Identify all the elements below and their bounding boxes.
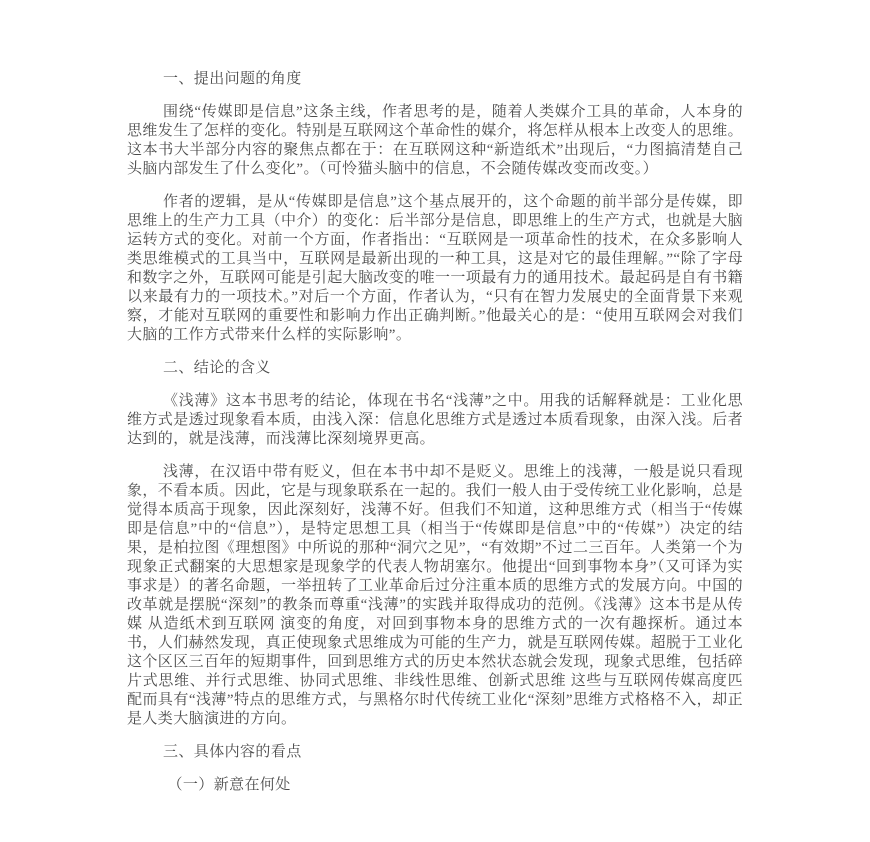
section-1-paragraph-1: 围绕“传媒即是信息”这条主线，作者思考的是，随着人类媒介工具的革命，人本身的思维… xyxy=(127,103,743,179)
section-2-paragraph-1: 《浅薄》这本书思考的结论，体现在书名“浅薄”之中。用我的话解释就是：工业化思维方… xyxy=(127,392,743,449)
section-2-heading: 二、结论的含义 xyxy=(127,359,743,378)
document-content: 一、提出问题的角度 围绕“传媒即是信息”这条主线，作者思考的是，随着人类媒介工具… xyxy=(127,70,743,809)
section-2-paragraph-2: 浅薄，在汉语中带有贬义，但在本书中却不是贬义。思维上的浅薄，一般是说只看现象，不… xyxy=(127,463,743,729)
section-3-heading: 三、具体内容的看点 xyxy=(127,743,743,762)
document-page: 一、提出问题的角度 围绕“传媒即是信息”这条主线，作者思考的是，随着人类媒介工具… xyxy=(0,0,870,842)
section-3-subheading: （一）新意在何处 xyxy=(127,776,743,795)
section-1-paragraph-2: 作者的逻辑，是从“传媒即是信息”这个基点展开的，这个命题的前半部分是传媒，即思维… xyxy=(127,193,743,345)
section-1-heading: 一、提出问题的角度 xyxy=(127,70,743,89)
